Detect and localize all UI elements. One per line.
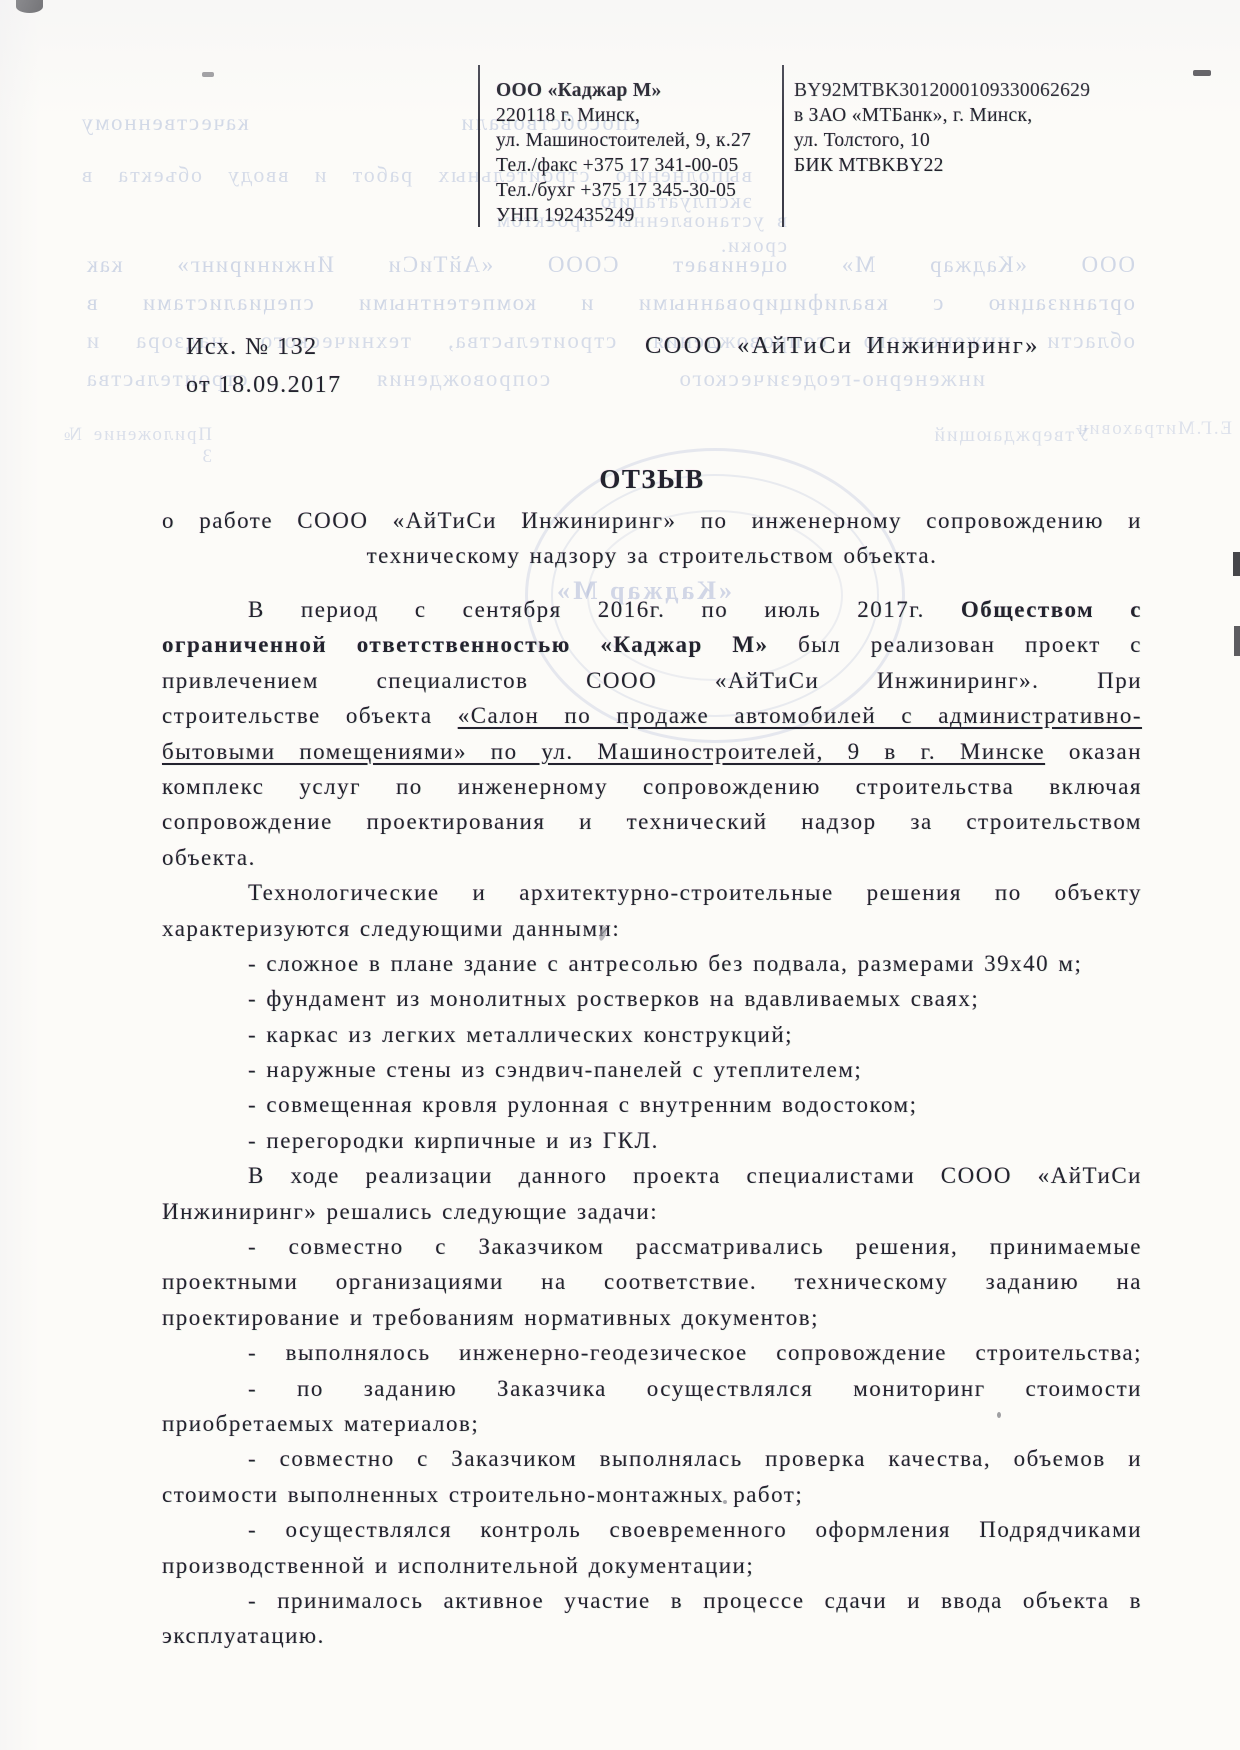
text: - принималось активное участие в процесс… xyxy=(248,1588,1142,1613)
text: - каркас из легких металлических констру… xyxy=(248,1022,793,1047)
text: был реализован проект с xyxy=(769,632,1142,657)
outgoing-number: Исх. № 132 xyxy=(186,334,318,361)
text: комплекс услуг по инженерному сопровожде… xyxy=(162,774,1142,799)
text: В ходе реализации данного проекта специа… xyxy=(248,1163,1111,1188)
text: - осуществлялся контроль своевременного … xyxy=(248,1517,1142,1542)
scan-artifact-blob xyxy=(16,0,43,13)
document-subtitle: о работе СООО «АйТиСи Инжиниринг» по инж… xyxy=(162,503,1142,574)
letterhead-line: BY92MTBK3012000109330062629 xyxy=(794,78,1152,103)
letterhead-company-block: ООО «Каджар М»220118 г. Минск,ул. Машино… xyxy=(478,65,782,227)
text: объекта. xyxy=(162,845,256,870)
scan-artifact-edge-mark xyxy=(1234,626,1240,656)
body-line: - выполнялось инженерно-геодезическое со… xyxy=(162,1335,1142,1370)
text: характеризуются следующими данными: xyxy=(162,916,620,941)
scan-artifact-dash xyxy=(202,72,214,77)
letterhead-line: ул. Машиностоителей, 9, к.27 xyxy=(496,128,782,153)
text: приобретаемых материалов; xyxy=(162,1411,479,1436)
body-line: Технологические и архитектурно-строитель… xyxy=(162,875,1142,910)
body-line: - каркас из легких металлических констру… xyxy=(162,1017,1142,1052)
body-line: - принималось активное участие в процесс… xyxy=(162,1583,1142,1618)
bleedthrough-line: Е.Г.Митрахович xyxy=(1082,418,1232,440)
body-line: В ходе реализации данного проекта специа… xyxy=(162,1158,1142,1193)
underlined-text: «Салон по продаже автомобилей с админист… xyxy=(458,703,1142,728)
scanned-letter-page: { "colors": { "paper": "#fcfbf8", "ink":… xyxy=(0,0,1240,1750)
body-line: стоимости выполненных строительно-монтаж… xyxy=(162,1477,1142,1512)
text: - по заданию Заказчика осуществлялся мон… xyxy=(248,1376,1142,1401)
body-line: сопровождение проектирования и техническ… xyxy=(162,804,1142,839)
body-line: В период с сентября 2016г. по июль 2017г… xyxy=(162,592,1142,627)
body-line: приобретаемых материалов; xyxy=(162,1406,1142,1441)
subtitle-line: о работе СООО «АйТиСи Инжиниринг» по инж… xyxy=(162,503,1142,538)
underlined-text: бытовыми помещениями» по ул. Машинострои… xyxy=(162,739,1045,764)
document-title: ОТЗЫВ xyxy=(162,464,1142,495)
bold-text: ограниченной ответственностью «Каджар М» xyxy=(162,632,769,657)
body-line: - по заданию Заказчика осуществлялся мон… xyxy=(162,1371,1142,1406)
letterhead-line: Тел./факс +375 17 341-00-05 xyxy=(496,153,782,178)
bleedthrough-line: Утверждающий xyxy=(930,424,1090,447)
body-line: - фундамент из монолитных ростверков на … xyxy=(162,981,1142,1016)
body-line: объекта. xyxy=(162,840,1142,875)
text: сопровождение проектирования и техническ… xyxy=(162,809,1142,834)
recipient-name: СООО «АйТиСи Инжиниринг» xyxy=(645,332,1040,360)
scan-artifact-edge-mark xyxy=(1233,552,1240,576)
letterhead-line: Тел./бухг +375 17 345-30-05 xyxy=(496,178,782,203)
outgoing-date: от 18.09.2017 xyxy=(186,372,342,399)
body-line: - осуществлялся контроль своевременного … xyxy=(162,1512,1142,1547)
bold-text: Обществом с xyxy=(961,597,1142,622)
body-line: эксплуатацию. xyxy=(162,1618,1142,1653)
letterhead: ООО «Каджар М»220118 г. Минск,ул. Машино… xyxy=(478,65,1152,227)
letterhead-line: ул. Толстого, 10 xyxy=(794,128,1152,153)
body-line: - совместно с Заказчиком рассматривались… xyxy=(162,1229,1142,1264)
text: Технологические и архитектурно-строитель… xyxy=(248,880,1142,905)
text: оказан xyxy=(1045,739,1142,764)
text: В период с сентября 2016г. по июль 2017г… xyxy=(248,597,961,622)
body-line: производственной и исполнительной докуме… xyxy=(162,1548,1142,1583)
bleedthrough-line: организацию с квалифицированными и компе… xyxy=(85,290,1135,316)
scan-artifact-dash xyxy=(1193,70,1211,76)
text: - наружные стены из сэндвич-панелей с ут… xyxy=(248,1057,862,1082)
document-body: В период с сентября 2016г. по июль 2017г… xyxy=(162,592,1142,1654)
body-line: проектирование и требованиям нормативных… xyxy=(162,1300,1142,1335)
subtitle-line: техническому надзору за строительством о… xyxy=(162,538,1142,573)
bleedthrough-line: Приложение № 3 xyxy=(62,424,212,468)
letterhead-line: УНП 192435249 xyxy=(496,203,782,228)
text: - сложное в плане здание с антресолью бе… xyxy=(248,951,1082,976)
text: - перегородки кирпичные и из ГКЛ. xyxy=(248,1128,659,1153)
body-line: комплекс услуг по инженерному сопровожде… xyxy=(162,769,1142,804)
body-line: - совместно с Заказчиком выполнялась про… xyxy=(162,1441,1142,1476)
letterhead-line: в ЗАО «МТБанк», г. Минск, xyxy=(794,103,1152,128)
body-line: проектными организациями на соответствие… xyxy=(162,1264,1142,1299)
body-line: привлечением специалистов СООО «АйТиСи И… xyxy=(162,663,1142,698)
text: - выполнялось инженерно-геодезическое со… xyxy=(248,1340,1142,1365)
text: - совместно с Заказчиком выполнялась про… xyxy=(248,1446,1142,1471)
text: проектными организациями на соответствие… xyxy=(162,1269,1142,1294)
text: проектирование и требованиям нормативных… xyxy=(162,1305,819,1330)
text: эксплуатацию. xyxy=(162,1623,325,1648)
text: производственной и исполнительной докуме… xyxy=(162,1553,754,1578)
body-line: - перегородки кирпичные и из ГКЛ. xyxy=(162,1123,1142,1158)
letterhead-bank-block: BY92MTBK3012000109330062629в ЗАО «МТБанк… xyxy=(782,65,1152,227)
text: - совмещенная кровля рулонная с внутренн… xyxy=(248,1092,917,1117)
body-line: ограниченной ответственностью «Каджар М»… xyxy=(162,627,1142,662)
text: Си xyxy=(1111,1163,1142,1188)
body-line: характеризуются следующими данными: xyxy=(162,911,1142,946)
letterhead-line: БИК MTBKBY22 xyxy=(794,153,1152,178)
body-line: бытовыми помещениями» по ул. Машинострои… xyxy=(162,734,1142,769)
text: стоимости выполненных строительно-монтаж… xyxy=(162,1482,803,1507)
text: Инжиниринг» решались следующие задачи: xyxy=(162,1199,658,1224)
letterhead-line: ООО «Каджар М» xyxy=(496,78,782,103)
letterhead-line: 220118 г. Минск, xyxy=(496,103,782,128)
text: - совместно с Заказчиком рассматривались… xyxy=(248,1234,1142,1259)
text: - фундамент из монолитных ростверков на … xyxy=(248,986,979,1011)
text: привлечением специалистов СООО «АйТиСи И… xyxy=(162,668,1142,693)
bleedthrough-line: ООО «Каджар М» оценивает СООО «АйТиСи Ин… xyxy=(85,252,1135,278)
body-line: - совмещенная кровля рулонная с внутренн… xyxy=(162,1087,1142,1122)
body-line: - наружные стены из сэндвич-панелей с ут… xyxy=(162,1052,1142,1087)
body-line: Инжиниринг» решались следующие задачи: xyxy=(162,1194,1142,1229)
body-line: строительстве объекта «Салон по продаже … xyxy=(162,698,1142,733)
body-line: - сложное в плане здание с антресолью бе… xyxy=(162,946,1142,981)
text: строительстве объекта xyxy=(162,703,458,728)
